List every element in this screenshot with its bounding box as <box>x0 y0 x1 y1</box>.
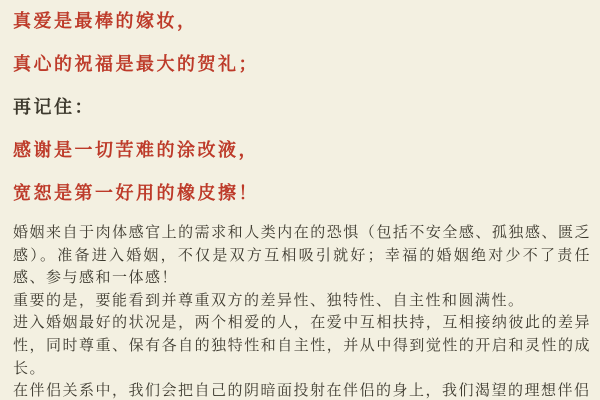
paragraph-respect-differences: 重要的是，要能看到并尊重双方的差异性、独特性、自主性和圆满性。 <box>13 289 591 312</box>
quote-line-5: 宽恕是第一好用的橡皮擦！ <box>13 184 590 204</box>
quote-line-2: 真心的祝福是最大的贺礼； <box>13 55 590 75</box>
body-text-block: 婚姻来自于肉体感官上的需求和人类内在的恐惧（包括不安全感、孤独感、匮乏感）。准备… <box>13 221 591 400</box>
quote-line-4: 感谢是一切苦难的涂改液， <box>13 141 590 161</box>
quote-line-3: 再记住： <box>13 98 590 118</box>
quote-line-1: 真爱是最棒的嫁妆， <box>13 12 590 32</box>
paragraph-marriage-origin: 婚姻来自于肉体感官上的需求和人类内在的恐惧（包括不安全感、孤独感、匮乏感）。准备… <box>13 221 591 289</box>
paragraph-best-marriage-state: 进入婚姻最好的状况是，两个相爱的人，在爱中互相扶持，互相接纳彼此的差异性，同时尊… <box>13 311 591 379</box>
paragraph-partner-projection: 在伴侣关系中，我们会把自己的阴暗面投射在伴侣的身上，我们渴望的理想伴侣 <box>13 379 591 400</box>
document-page: 真爱是最棒的嫁妆， 真心的祝福是最大的贺礼； 再记住： 感谢是一切苦难的涂改液，… <box>0 0 600 400</box>
quote-block: 真爱是最棒的嫁妆， 真心的祝福是最大的贺礼； 再记住： 感谢是一切苦难的涂改液，… <box>13 12 590 227</box>
